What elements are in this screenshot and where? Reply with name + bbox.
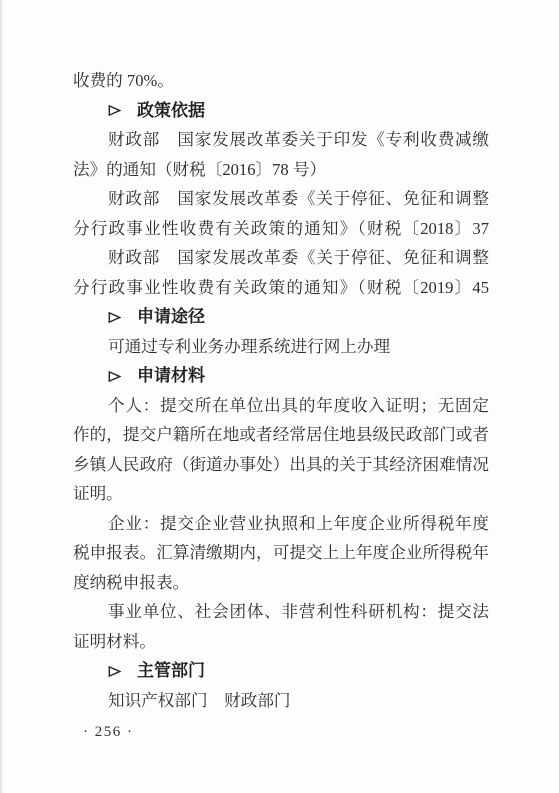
section-heading: 申请材料 <box>73 361 489 391</box>
paragraph-line: 分行政事业性收费有关政策的通知》（财税〔2018〕37 号） <box>73 214 489 244</box>
section-heading-label: 政策依据 <box>137 96 205 126</box>
paragraph-line: 证明。 <box>73 479 489 509</box>
paragraph-line: 个人：提交所在单位出具的年度收入证明；无固定工 <box>73 391 489 421</box>
section-heading-label: 申请途径 <box>137 302 205 332</box>
paragraph-line: 企业：提交企业营业执照和上年度企业所得税年度纳 <box>73 509 489 539</box>
section-heading: 申请途径 <box>73 302 489 332</box>
paragraph-line: 税申报表。汇算清缴期内，可提交上上年度企业所得税年 <box>73 538 489 568</box>
paragraph-line: 分行政事业性收费有关政策的通知》（财税〔2019〕45 号） <box>73 273 489 303</box>
section-heading-label: 主管部门 <box>137 656 205 686</box>
arrow-bullet-icon <box>108 311 121 324</box>
page-number-text: · 256 · <box>83 724 134 740</box>
page-number: · 256 · <box>83 724 134 741</box>
paragraph-line: 财政部 国家发展改革委《关于停征、免征和调整部 <box>73 184 489 214</box>
paragraph-line: 财政部 国家发展改革委《关于停征、免征和调整部 <box>73 243 489 273</box>
paragraph-line: 乡镇人民政府（街道办事处）出具的关于其经济困难情况 <box>73 450 489 480</box>
paragraph-line: 证明材料。 <box>73 627 489 657</box>
section-heading: 政策依据 <box>73 96 489 126</box>
arrow-bullet-icon <box>108 104 121 117</box>
paragraph-line: 收费的 70%。 <box>73 66 489 96</box>
arrow-bullet-icon <box>108 370 121 383</box>
scan-edge-artifact <box>0 0 3 793</box>
paragraph-line: 法》的通知（财税〔2016〕78 号） <box>73 155 489 185</box>
paragraph-line: 事业单位、社会团体、非营利性科研机构：提交法人 <box>73 597 489 627</box>
arrow-bullet-icon <box>108 665 121 678</box>
document-body: 收费的 70%。政策依据财政部 国家发展改革委关于印发《专利收费减缴办法》的通知… <box>73 66 489 715</box>
document-page: 收费的 70%。政策依据财政部 国家发展改革委关于印发《专利收费减缴办法》的通知… <box>0 0 559 793</box>
paragraph-line: 度纳税申报表。 <box>73 568 489 598</box>
paragraph-line: 可通过专利业务办理系统进行网上办理 <box>73 332 489 362</box>
paragraph-line: 知识产权部门 财政部门 <box>73 686 489 716</box>
paragraph-line: 财政部 国家发展改革委关于印发《专利收费减缴办 <box>73 125 489 155</box>
section-heading: 主管部门 <box>73 656 489 686</box>
paragraph-line: 作的，提交户籍所在地或者经常居住地县级民政部门或者 <box>73 420 489 450</box>
section-heading-label: 申请材料 <box>137 361 205 391</box>
